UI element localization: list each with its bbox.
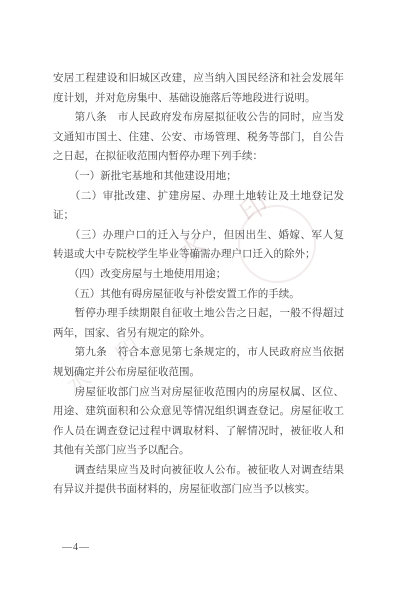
text-line: 两年，国家、省另有规定的除外。 [53, 324, 344, 344]
text-line: 暂停办理手续期限自征收土地公告之日起，一般不得超过 [53, 304, 344, 324]
text-line: 安居工程建设和旧城区改建，应当纳入国民经济和社会发展年 [53, 69, 344, 89]
text-line: 之日起，在拟征收范围内暂停办理下列手续： [53, 147, 344, 167]
text-line: 用途、建筑面积和公众意见等情况组织调查登记。房屋征收工 [53, 402, 344, 422]
text-line: 度计划，并对危房集中、基础设施落后等地段进行说明。 [53, 89, 344, 109]
text-line: （二）审批改建、扩建房屋、办理土地转让及土地登记发 [53, 187, 344, 207]
text-line: （三）办理户口的迁入与分户，但因出生、婚嫁、军人复 [53, 226, 344, 246]
document-text-block: 安居工程建设和旧城区改建，应当纳入国民经济和社会发展年 度计划，并对危房集中、基… [53, 69, 344, 500]
text-line: 作人员在调查登记过程中调取材料、了解情况时，被征收人和 [53, 422, 344, 442]
text-line: （五）其他有碍房屋征收与补偿安置工作的手续。 [53, 285, 344, 305]
text-line: （四）改变房屋与土地使用用途； [53, 265, 344, 285]
text-line: 有异议并提供书面材料的，房屋征收部门应当予以核实。 [53, 480, 344, 500]
text-line: 证； [53, 206, 344, 226]
text-line: 第八条 市人民政府发布房屋拟征收公告的同时，应当发 [53, 108, 344, 128]
page-number: —4— [62, 542, 90, 553]
text-line: 文通知市国土、住建、公安、市场管理、税务等部门，自公告 [53, 128, 344, 148]
text-line: （一）新批宅基地和其他建设用地； [53, 167, 344, 187]
text-line: 其他有关部门应当予以配合。 [53, 441, 344, 461]
document-page: 水印 水印 安居工程建设和旧城区改建，应当纳入国民经济和社会发展年 度计划，并对… [0, 0, 400, 600]
text-line: 第九条 符合本意见第七条规定的，市人民政府应当依据 [53, 343, 344, 363]
text-line: 规划确定并公布房屋征收范围。 [53, 363, 344, 383]
text-line: 房屋征收部门应当对房屋征收范围内的房屋权属、区位、 [53, 383, 344, 403]
text-line: 调查结果应当及时向被征收人公布。被征收人对调查结果 [53, 461, 344, 481]
text-line: 转退或大中专院校学生毕业等确需办理户口迁入的除外； [53, 245, 344, 265]
